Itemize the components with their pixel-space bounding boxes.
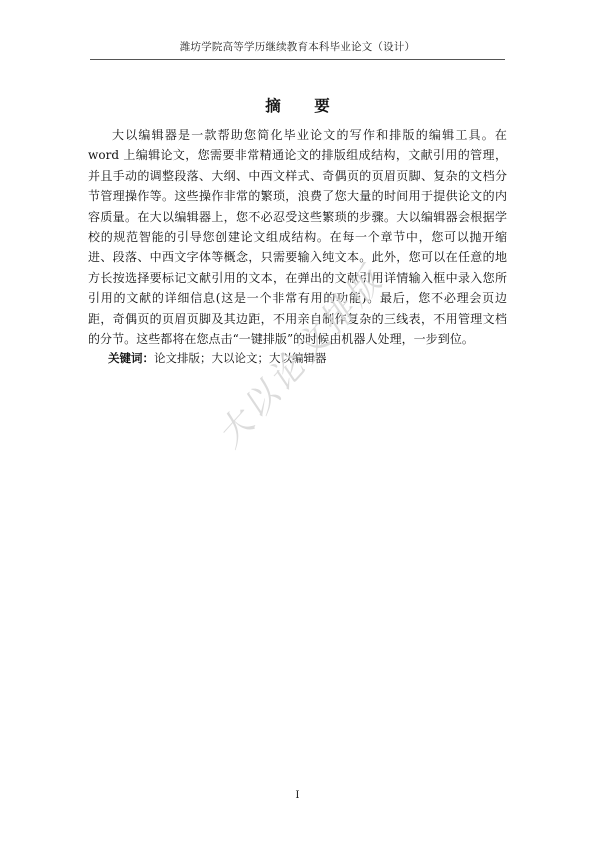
document-page: 潍坊学院高等学历继续教育本科毕业论文（设计） 摘 要 大以编辑器是一款帮助您简化… (0, 0, 595, 842)
abstract-body: 大以编辑器是一款帮助您简化毕业论文的写作和排版的编辑工具。在 word 上编辑论… (88, 125, 507, 349)
page-number: I (0, 788, 595, 802)
running-header: 潍坊学院高等学历继续教育本科毕业论文（设计） (90, 40, 505, 54)
header-divider (90, 59, 505, 60)
abstract-title: 摘 要 (0, 96, 595, 116)
keywords-label: 关键词： (108, 351, 154, 365)
